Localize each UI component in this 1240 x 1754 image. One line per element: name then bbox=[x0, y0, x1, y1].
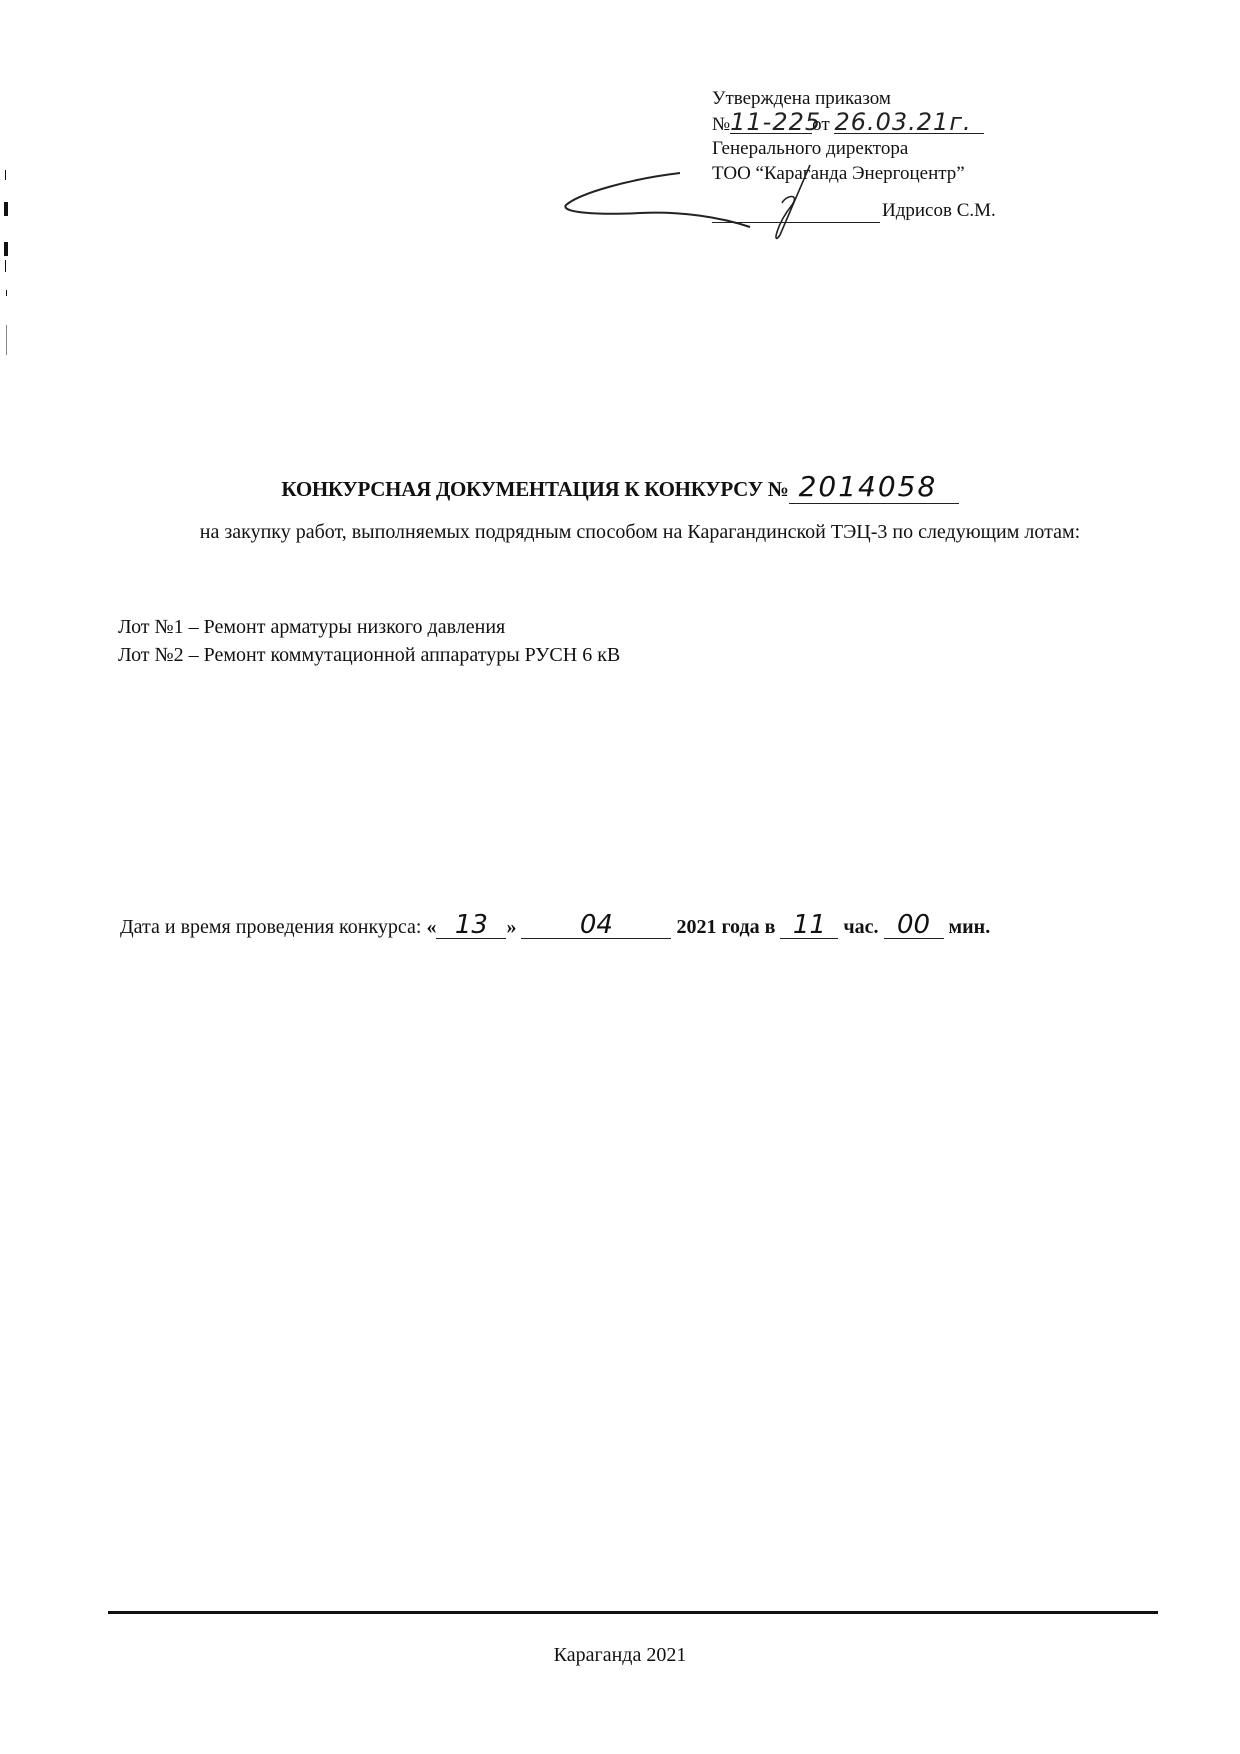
minute-unit: мин. bbox=[949, 916, 991, 938]
year-text: 2021 года в bbox=[676, 916, 775, 938]
document-subtitle: на закупку работ, выполняемых подрядным … bbox=[120, 518, 1160, 546]
open-quote: « bbox=[426, 916, 436, 938]
approval-order-line: №11-225от 26.03.21г. bbox=[712, 111, 1032, 136]
datetime-label: Дата и время проведения конкурса: bbox=[120, 916, 421, 938]
order-prefix: № bbox=[712, 114, 730, 135]
order-number: 11-225 bbox=[730, 111, 812, 134]
minute-field: 00 bbox=[884, 912, 944, 939]
lot-item: Лот №1 – Ремонт арматуры низкого давлени… bbox=[118, 613, 620, 641]
contest-datetime: Дата и время проведения конкурса: «13» 0… bbox=[120, 912, 990, 939]
hour-unit: час. bbox=[843, 916, 878, 938]
scan-edge-marks bbox=[0, 150, 20, 370]
contest-number: 2014058 bbox=[789, 470, 959, 504]
footer-city-year: Караганда 2021 bbox=[0, 1644, 1240, 1667]
lots-list: Лот №1 – Ремонт арматуры низкого давлени… bbox=[118, 613, 620, 669]
footer-divider bbox=[108, 1611, 1158, 1614]
close-quote: » bbox=[506, 916, 516, 938]
document-title: КОНКУРСНАЯ ДОКУМЕНТАЦИЯ К КОНКУРСУ №2014… bbox=[0, 470, 1240, 504]
hour-field: 11 bbox=[780, 912, 838, 939]
order-date: 26.03.21г. bbox=[834, 111, 984, 134]
approval-position: Генерального директора bbox=[712, 136, 1032, 161]
signatory-name: Идрисов С.М. bbox=[882, 200, 996, 221]
order-from: от bbox=[812, 114, 830, 135]
signature-icon bbox=[560, 165, 820, 245]
month-field: 04 bbox=[521, 912, 671, 939]
day-field: 13 bbox=[436, 912, 506, 939]
lot-item: Лот №2 – Ремонт коммутационной аппаратур… bbox=[118, 641, 620, 669]
title-text: КОНКУРСНАЯ ДОКУМЕНТАЦИЯ К КОНКУРСУ № bbox=[281, 477, 788, 501]
